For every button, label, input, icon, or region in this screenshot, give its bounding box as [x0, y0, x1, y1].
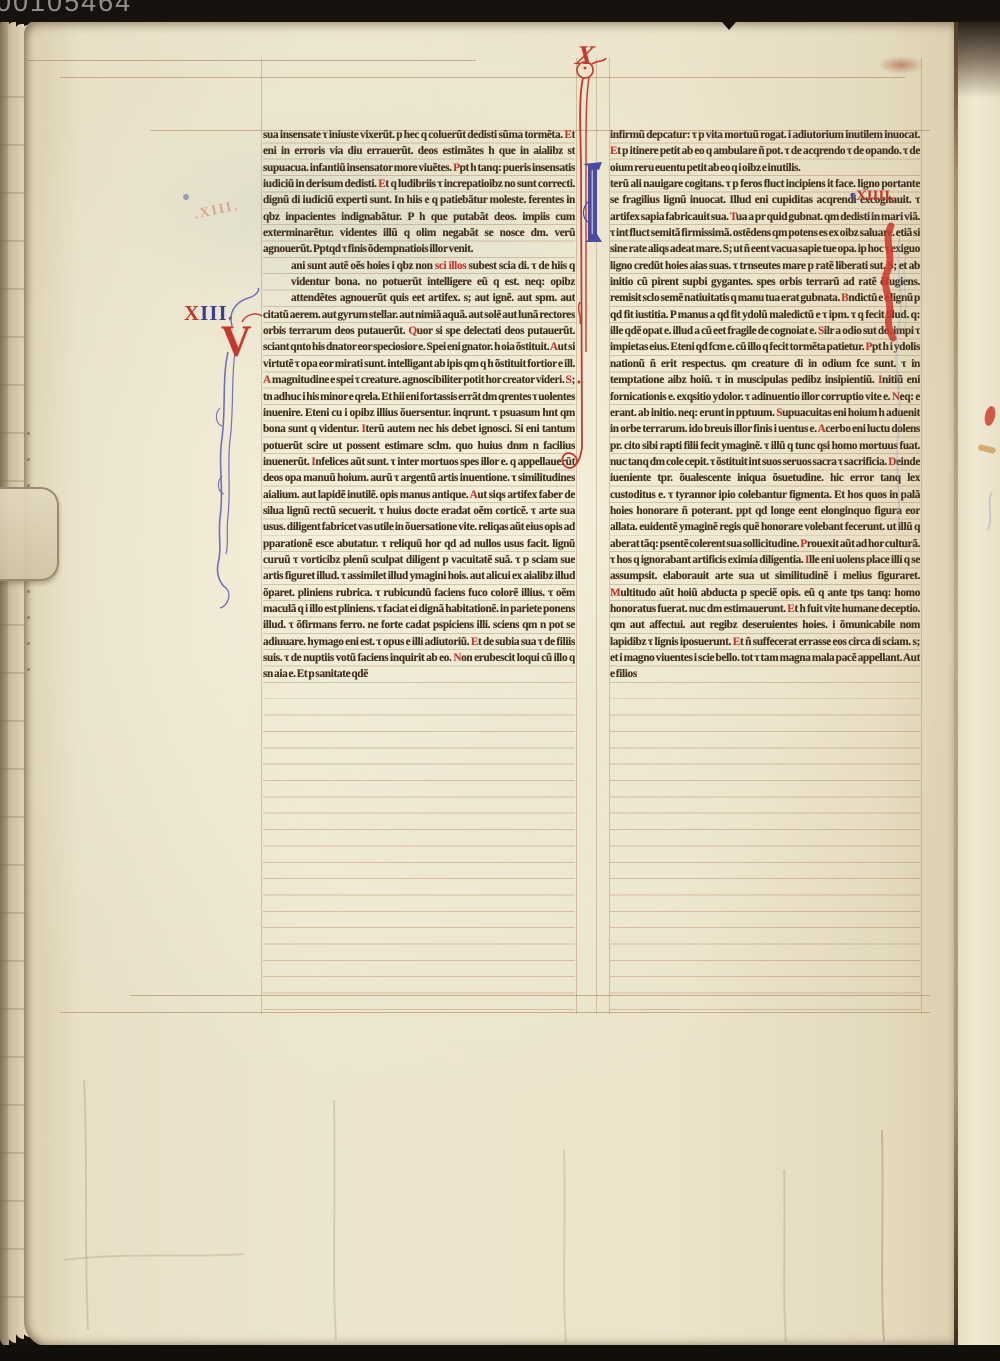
manuscript-paragraph: sua insensate τ iniuste vixerũt. p hec q…: [263, 127, 575, 258]
text-run: M: [610, 587, 620, 599]
pricking-hole: [27, 458, 30, 461]
shelfmark-id-label: 00105464: [0, 0, 132, 18]
text-column-right: infirmũ depcatur: τ p vita mortuũ rogat.…: [610, 127, 920, 1011]
pricking-hole: [27, 616, 30, 619]
next-leaf-sliver: [958, 20, 1000, 1347]
text-run: E: [471, 636, 478, 648]
text-column-left: sua insensate τ iniuste vixerũt. p hec q…: [263, 127, 575, 1011]
pricking-hole: [27, 590, 30, 593]
scan-background-bottom: [0, 1345, 1000, 1361]
pricking-hole: [27, 432, 30, 435]
ruling-line-vertical: [921, 58, 922, 1014]
rust-stain: [878, 56, 924, 74]
index-tab: [0, 487, 59, 581]
ruling-line: [60, 1012, 930, 1013]
ink-dot: [183, 194, 189, 200]
text-run: E: [733, 636, 740, 648]
text-run: ut siqs artifex faber de silua lignũ rec…: [263, 489, 575, 648]
scan-background-top: [0, 0, 1000, 22]
next-leaf-decoration: [960, 400, 1000, 560]
text-run: Q: [408, 325, 416, 337]
text-run: einde iueniente tpr. õualescente iniqua …: [610, 456, 920, 550]
initial-letter-v: V: [221, 317, 251, 367]
text-run: ani sunt autẽ oẽs hoies i qbz non: [291, 260, 435, 272]
text-run: magnitudine e spei τ creature. agnoscibi…: [271, 374, 566, 386]
pricking-hole: [27, 668, 30, 671]
manuscript-paragraph: infirmũ depcatur: τ p vita mortuũ rogat.…: [610, 127, 920, 176]
text-run: t p itinere petit ab eo q ambulare ñ pot…: [610, 145, 920, 173]
chapter-numeral-14: ¶XIIII,: [850, 188, 894, 205]
manuscript-paragraph: ani sunt autẽ oẽs hoies i qbz non sci il…: [263, 258, 575, 683]
offset-ghost-filigree: [890, 235, 916, 535]
binding-notch: [722, 22, 736, 30]
text-run: sci illos: [435, 260, 469, 272]
chapter-numeral-text: XIIII,: [856, 188, 894, 204]
pricking-hole: [27, 484, 30, 487]
gutter-shadow: [958, 20, 1000, 98]
text-run: infirmũ depcatur: τ p vita mortuũ rogat.…: [610, 129, 920, 141]
pricking-hole: [27, 642, 30, 645]
manuscript-paragraph: terũ ali nauigare cogitans. τ p feros fl…: [610, 176, 920, 683]
text-run: ua a pr quid gubnat. qm dedisti in mari …: [610, 211, 920, 305]
parchment-creases: [24, 1040, 957, 1345]
ruling-line: [60, 77, 905, 78]
text-run: N: [453, 652, 461, 664]
pen-flourish-initial-i: [552, 52, 616, 502]
text-run: sua insensate τ iniuste vixerũt. p hec q…: [263, 129, 564, 141]
ruling-line: [26, 60, 476, 61]
initial-letter-gap: [263, 258, 291, 292]
manuscript-photo: 00105464 sua insensate τ iniuste vixerũt…: [0, 0, 1000, 1361]
